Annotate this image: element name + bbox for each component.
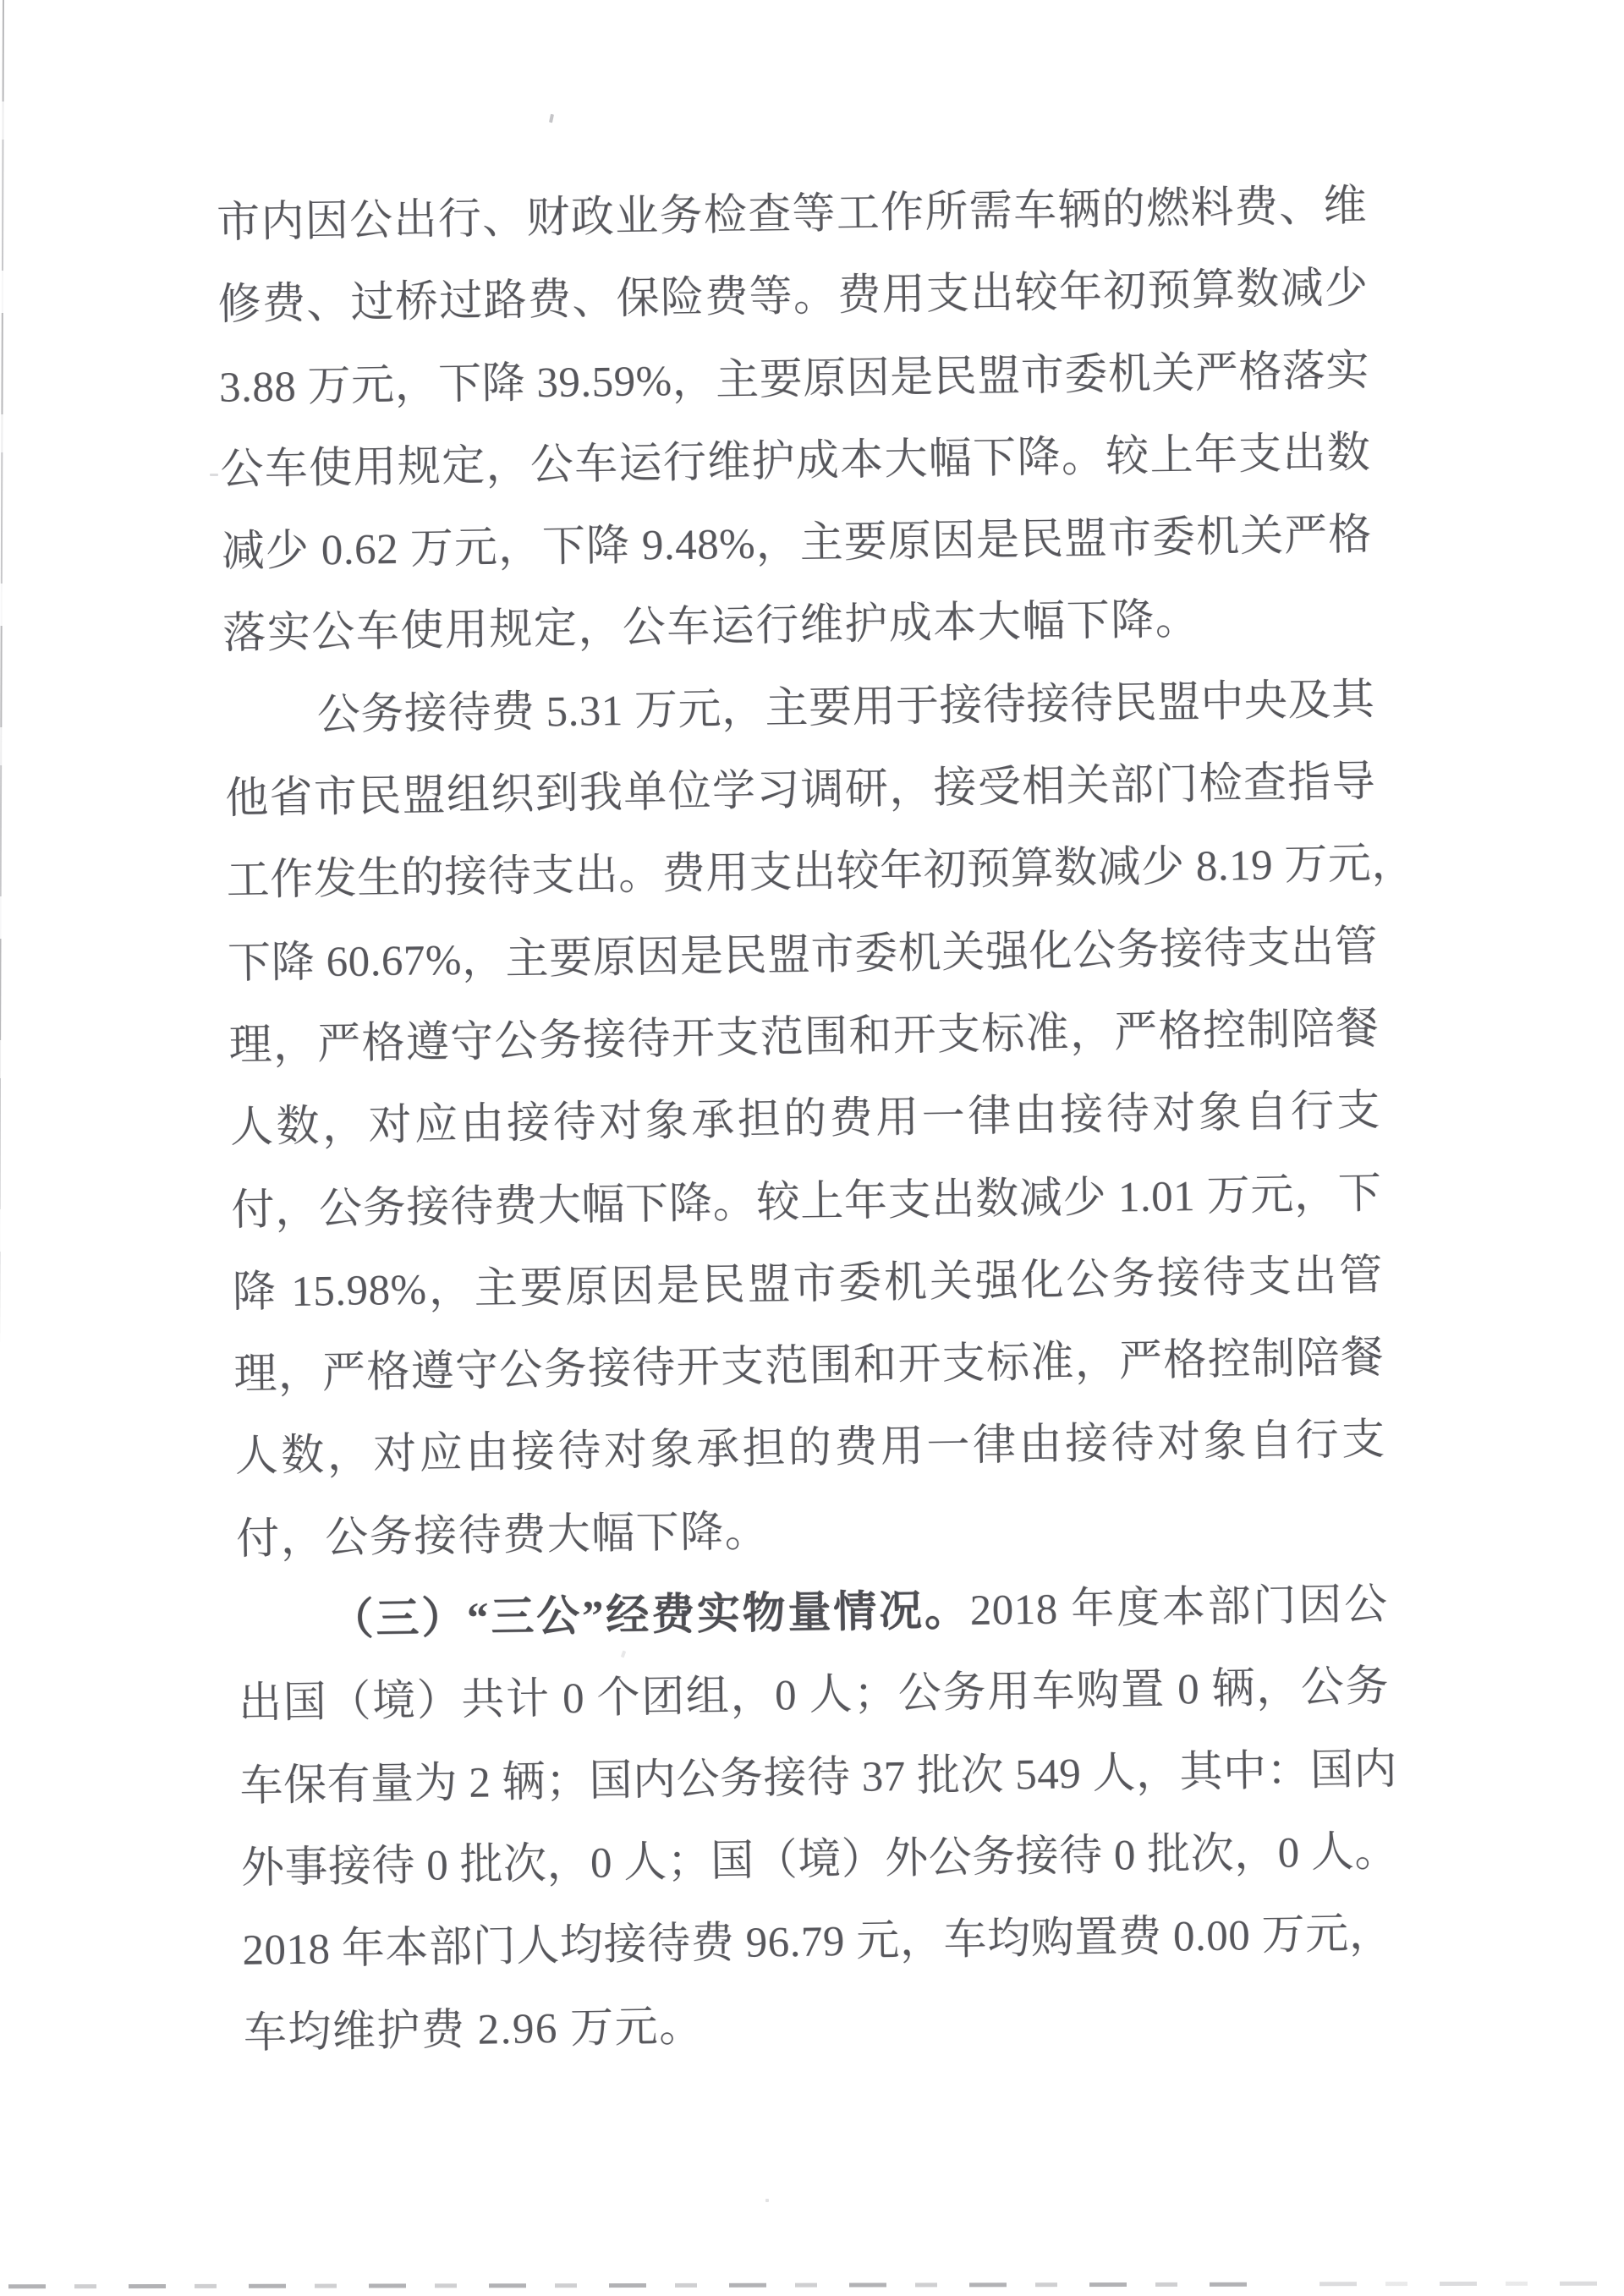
text-segment: 人数，对应由接待对象承担的费用一律由接待对象自行支 <box>234 1417 1385 1481</box>
text-segment: 公车使用规定，公车运行维护成本大幅下降。较上年支出数 <box>220 430 1371 494</box>
text-segment: 工作发生的接待支出。费用支出较年初预算数减少 8.19 万元， <box>226 841 1415 906</box>
text-line: 车均维护费 2.96 万元。 <box>243 1975 1394 2074</box>
text-segment: 减少 0.62 万元，下降 9.48%，主要原因是民盟市委机关严格 <box>222 512 1373 576</box>
text-segment: 2018 年度本部门因公 <box>969 1581 1388 1635</box>
scan-bottom-dashes-far <box>1319 2282 1599 2287</box>
text-segment: 修费、过桥过路费、保险费等。费用支出较年初预算数减少 <box>217 265 1369 329</box>
text-segment: 理，严格遵守公务接待开支范围和开支标准，严格控制陪餐 <box>233 1334 1385 1399</box>
text-segment: 市内因公出行、财政业务检查等工作所需车辆的燃料费、维 <box>217 183 1368 247</box>
scan-speck <box>549 114 554 123</box>
text-segment: 付，公务接待费大幅下降。较上年支出数减少 1.01 万元，下 <box>231 1170 1382 1234</box>
heading-segment: （三）“三公”经费实物量情况。 <box>330 1587 970 1644</box>
text-line: 人数，对应由接待对象承担的费用一律由接待对象自行支 <box>234 1400 1385 1499</box>
text-segment: 2018 年本部门人均接待费 96.79 元，车均购置费 0.00 万元， <box>242 1910 1393 1975</box>
text-segment: 出国（境）共计 0 个团组，0 人；公务用车购置 0 辆，公务 <box>239 1663 1390 1728</box>
text-segment: 付，公务接待费大幅下降。 <box>236 1508 770 1563</box>
scan-speck <box>210 474 218 476</box>
text-line: 减少 0.62 万元，下降 9.48%，主要原因是民盟市委机关严格 <box>221 495 1372 594</box>
scan-left-edge-line <box>0 0 4 2296</box>
document-text-block: 市内因公出行、财政业务检查等工作所需车辆的燃料费、维修费、过桥过路费、保险费等。… <box>216 166 1394 2075</box>
scan-bottom-dashes <box>8 2282 1269 2289</box>
text-segment: 车保有量为 2 辆；国内公务接待 37 批次 549 人，其中：国内 <box>239 1745 1397 1810</box>
text-segment: 人数，对应由接待对象承担的费用一律由接待对象自行支 <box>230 1088 1381 1152</box>
text-segment: 降 15.98%，主要原因是民盟市委机关强化公务接待支出管 <box>233 1252 1384 1317</box>
text-segment: 公务接待费 5.31 万元，主要用于接待接待民盟中央及其 <box>316 677 1374 740</box>
text-segment: 车均维护费 2.96 万元。 <box>244 2003 705 2057</box>
text-segment: 3.88 万元，下降 39.59%，主要原因是民盟市委机关严格落实 <box>219 348 1370 412</box>
text-segment: 下降 60.67%，主要原因是民盟市委机关强化公务接待支出管 <box>228 923 1379 988</box>
text-segment: 落实公车使用规定，公车运行维护成本大幅下降。 <box>222 597 1200 659</box>
document-page: 市内因公出行、财政业务检查等工作所需车辆的燃料费、维修费、过桥过路费、保险费等。… <box>0 0 1624 2296</box>
text-line: 2018 年本部门人均接待费 96.79 元，车均购置费 0.00 万元， <box>242 1893 1393 1992</box>
text-segment: 他省市民盟组织到我单位学习调研，接受相关部门检查指导 <box>225 759 1376 823</box>
text-segment: 理，严格遵守公务接待开支范围和开支标准，严格控制陪餐 <box>228 1006 1380 1070</box>
scan-speck <box>765 2199 769 2202</box>
text-segment: 外事接待 0 批次，0 人；国（境）外公务接待 0 批次，0 人。 <box>241 1828 1399 1893</box>
